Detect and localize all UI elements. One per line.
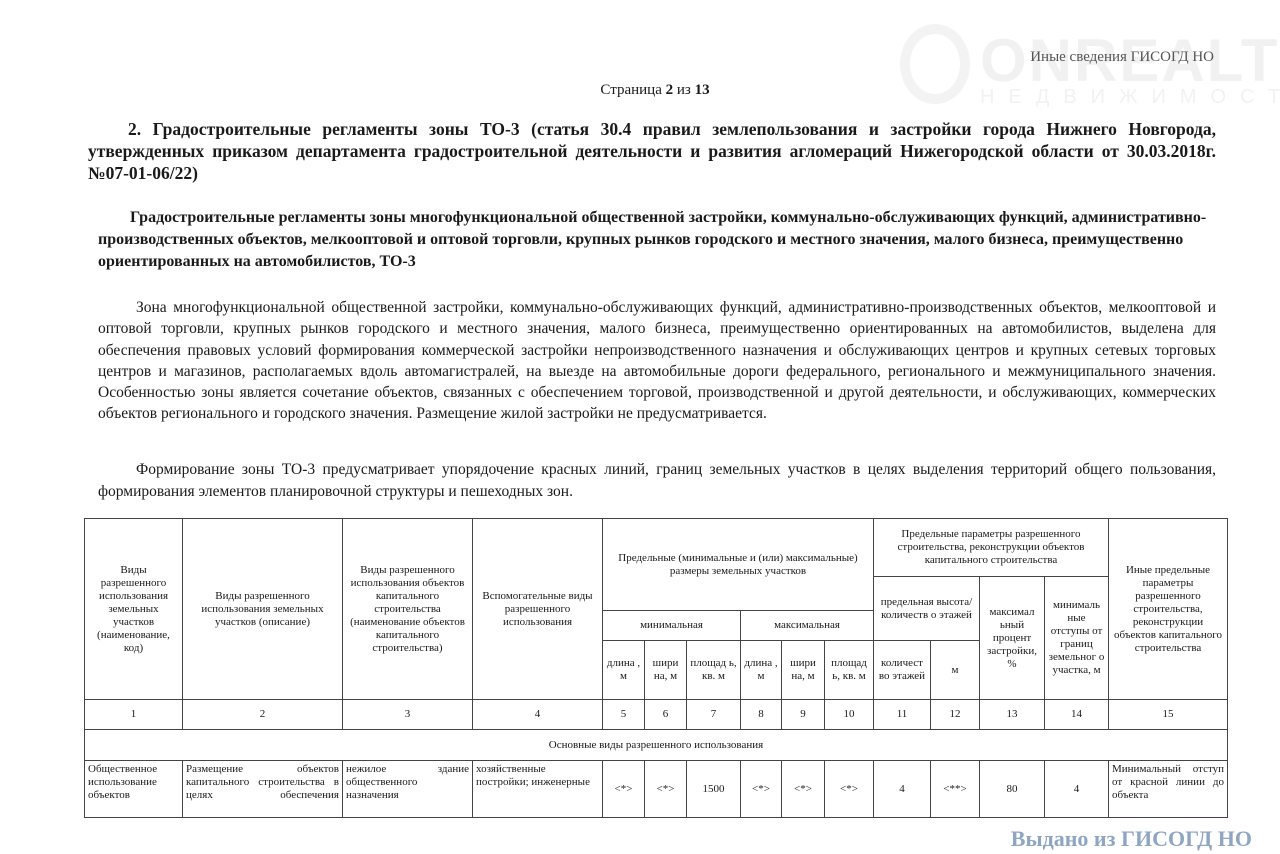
zone-formation-paragraph: Формирование зоны ТО-3 предусматривает у… — [98, 459, 1216, 502]
cell-max-area: <*> — [825, 761, 874, 818]
cell-floors-count: 4 — [874, 761, 931, 818]
column-number-row: 1 2 3 4 5 6 7 8 9 10 11 12 13 14 15 — [85, 700, 1228, 730]
col-number: 2 — [183, 700, 343, 730]
cell-land-use-name: Общественное использование объектов — [85, 761, 183, 818]
cell-min-area: 1500 — [687, 761, 741, 818]
zone-regulations-heading: Градостроительные регламенты зоны многоф… — [98, 207, 1216, 273]
header-land-use-description: Виды разрешенного использования земельны… — [183, 519, 343, 700]
cell-capital-construction-use: нежилое здание общественного назначения — [343, 761, 473, 818]
col-number: 6 — [645, 700, 687, 730]
header-other-params: Иные предельные параметры разрешенного с… — [1109, 519, 1228, 700]
header-auxiliary-use: Вспомогательные виды разрешенного исполь… — [473, 519, 603, 700]
cell-max-percent: 80 — [980, 761, 1045, 818]
header-max-width: шири на, м — [782, 641, 825, 700]
col-number: 1 — [85, 700, 183, 730]
header-floors-count: количест во этажей — [874, 641, 931, 700]
col-number: 9 — [782, 700, 825, 730]
header-max-area: площад ь, кв. м — [825, 641, 874, 700]
col-number: 10 — [825, 700, 874, 730]
issued-from-stamp: Выдано из ГИСОГД НО — [1011, 826, 1252, 852]
header-min-setback: минималь ные отступы от границ земельног… — [1045, 577, 1109, 700]
header-height-floors: предельная высота/количеств о этажей — [874, 577, 980, 641]
cell-land-use-description: Размещение объектов капитального строите… — [183, 761, 343, 818]
header-max-percent: максимал ьный процент застройки, % — [980, 577, 1045, 700]
section-title-main-uses: Основные виды разрешенного использования — [85, 730, 1228, 761]
col-number: 12 — [931, 700, 980, 730]
cell-min-width: <*> — [645, 761, 687, 818]
col-number: 15 — [1109, 700, 1228, 730]
header-min-area: площад ь, кв. м — [687, 641, 741, 700]
cell-auxiliary-use: хозяйственные постройки; инженерные — [473, 761, 603, 818]
cell-max-length: <*> — [741, 761, 782, 818]
col-number: 8 — [741, 700, 782, 730]
page-current: 2 — [666, 82, 674, 98]
page-sep: из — [677, 82, 691, 98]
header-maximum: максимальная — [741, 611, 874, 641]
header-min-length: длина , м — [603, 641, 645, 700]
col-number: 7 — [687, 700, 741, 730]
header-plot-sizes: Предельные (минимальные и (или) максимал… — [603, 519, 874, 611]
header-minimum: минимальная — [603, 611, 741, 641]
cell-min-setback: 4 — [1045, 761, 1109, 818]
header-meters: м — [931, 641, 980, 700]
page-prefix: Страница — [600, 82, 661, 98]
cell-other-params: Минимальный отступ от красной линии до о… — [1109, 761, 1228, 818]
cell-min-length: <*> — [603, 761, 645, 818]
section-heading: 2. Градостроительные регламенты зоны ТО-… — [88, 118, 1216, 184]
page-number: Страница 2 из 13 — [0, 82, 1280, 99]
header-land-use-name: Виды разрешенного использования земельны… — [85, 519, 183, 700]
table-row: Общественное использование объектов Разм… — [85, 761, 1228, 818]
col-number: 4 — [473, 700, 603, 730]
col-number: 14 — [1045, 700, 1109, 730]
header-min-width: шири на, м — [645, 641, 687, 700]
col-number: 3 — [343, 700, 473, 730]
document-source-note: Иные сведения ГИСОГД НО — [1030, 49, 1214, 66]
cell-max-width: <*> — [782, 761, 825, 818]
cell-height-meters: <**> — [931, 761, 980, 818]
page-total: 13 — [695, 82, 710, 98]
onrealt-watermark: ONREALT НЕДВИЖИМОСТЬ — [880, 24, 1260, 114]
col-number: 13 — [980, 700, 1045, 730]
col-number: 11 — [874, 700, 931, 730]
zone-description-paragraph: Зона многофункциональной общественной за… — [98, 297, 1216, 425]
col-number: 5 — [603, 700, 645, 730]
header-capital-construction-use: Виды разрешенного использования объектов… — [343, 519, 473, 700]
header-max-length: длина , м — [741, 641, 782, 700]
regulations-table: Виды разрешенного использования земельны… — [84, 518, 1228, 818]
header-build-params: Предельные параметры разрешенного строит… — [874, 519, 1109, 577]
